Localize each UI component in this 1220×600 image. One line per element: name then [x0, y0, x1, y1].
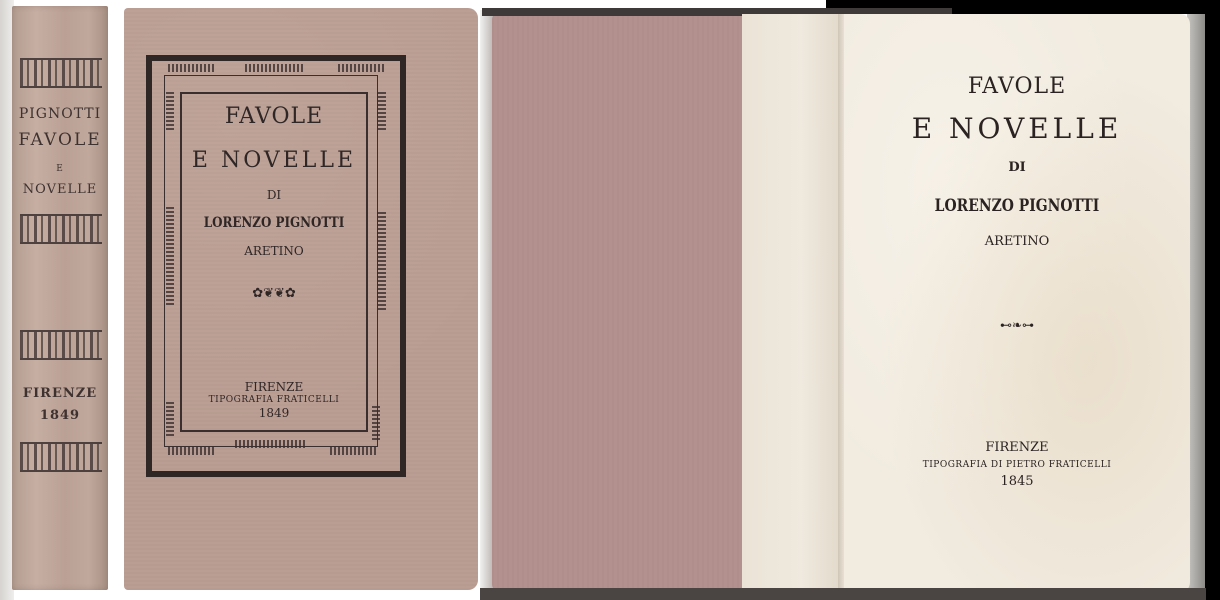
cover-place: FIRENZE [180, 380, 368, 394]
spine-ornament-band [20, 214, 102, 244]
title-page-year: 1845 [844, 474, 1190, 489]
title-page-ornament: ⊷❧⊶ [844, 318, 1190, 332]
frame-ornament [235, 440, 305, 448]
title-page-by: DI [844, 160, 1190, 175]
frame-ornament [372, 404, 380, 440]
title-page-place: FIRENZE [844, 440, 1190, 455]
title-page-origin: ARETINO [844, 234, 1190, 249]
cover-publisher: TIPOGRAFIA FRATICELLI [180, 395, 368, 405]
title-page-publisher: TIPOGRAFIA DI PIETRO FRATICELLI [844, 460, 1190, 470]
cover-title-1: FAVOLE [180, 104, 368, 129]
book-spine: PIGNOTTI FAVOLE E NOVELLE FIRENZE 1849 [12, 6, 108, 590]
title-page-title-2: E NOVELLE [844, 112, 1190, 145]
frame-ornament [378, 210, 386, 310]
spine-ornament-band [20, 330, 102, 360]
title-page [844, 14, 1190, 594]
frame-ornament [166, 90, 174, 130]
cover-title-2: E NOVELLE [180, 148, 368, 173]
title-page-title-1: FAVOLE [844, 74, 1190, 99]
flyleaf-page [742, 14, 842, 592]
top-margin [0, 0, 826, 8]
frame-ornament [245, 64, 303, 72]
spine-ornament-band [20, 58, 102, 88]
frame-ornament [168, 447, 214, 455]
spine-ornament-band [20, 442, 102, 472]
cover-author: LORENZO PIGNOTTI [194, 215, 354, 231]
cover-by: DI [180, 188, 368, 202]
frame-ornament [166, 205, 174, 305]
spine-place: FIRENZE [12, 386, 108, 401]
frame-ornament [378, 90, 386, 130]
spine-title-1: FAVOLE [12, 130, 108, 150]
title-page-author: LORENZO PIGNOTTI [875, 196, 1159, 216]
spine-author: PIGNOTTI [12, 106, 108, 122]
cover-year: 1849 [180, 406, 368, 420]
frame-ornament [338, 64, 384, 72]
spine-title-3: NOVELLE [12, 182, 108, 197]
right-black-border [1205, 0, 1220, 600]
frame-ornament [166, 400, 174, 436]
cover-origin: ARETINO [180, 244, 368, 258]
spine-year: 1849 [12, 408, 108, 423]
frame-ornament [330, 447, 376, 455]
bottom-shadow [480, 588, 1206, 600]
cover-ornament: ✿❦❦✿ [180, 286, 368, 301]
spine-title-2: E [12, 164, 108, 174]
frame-ornament [168, 64, 214, 72]
back-cover [492, 12, 750, 592]
